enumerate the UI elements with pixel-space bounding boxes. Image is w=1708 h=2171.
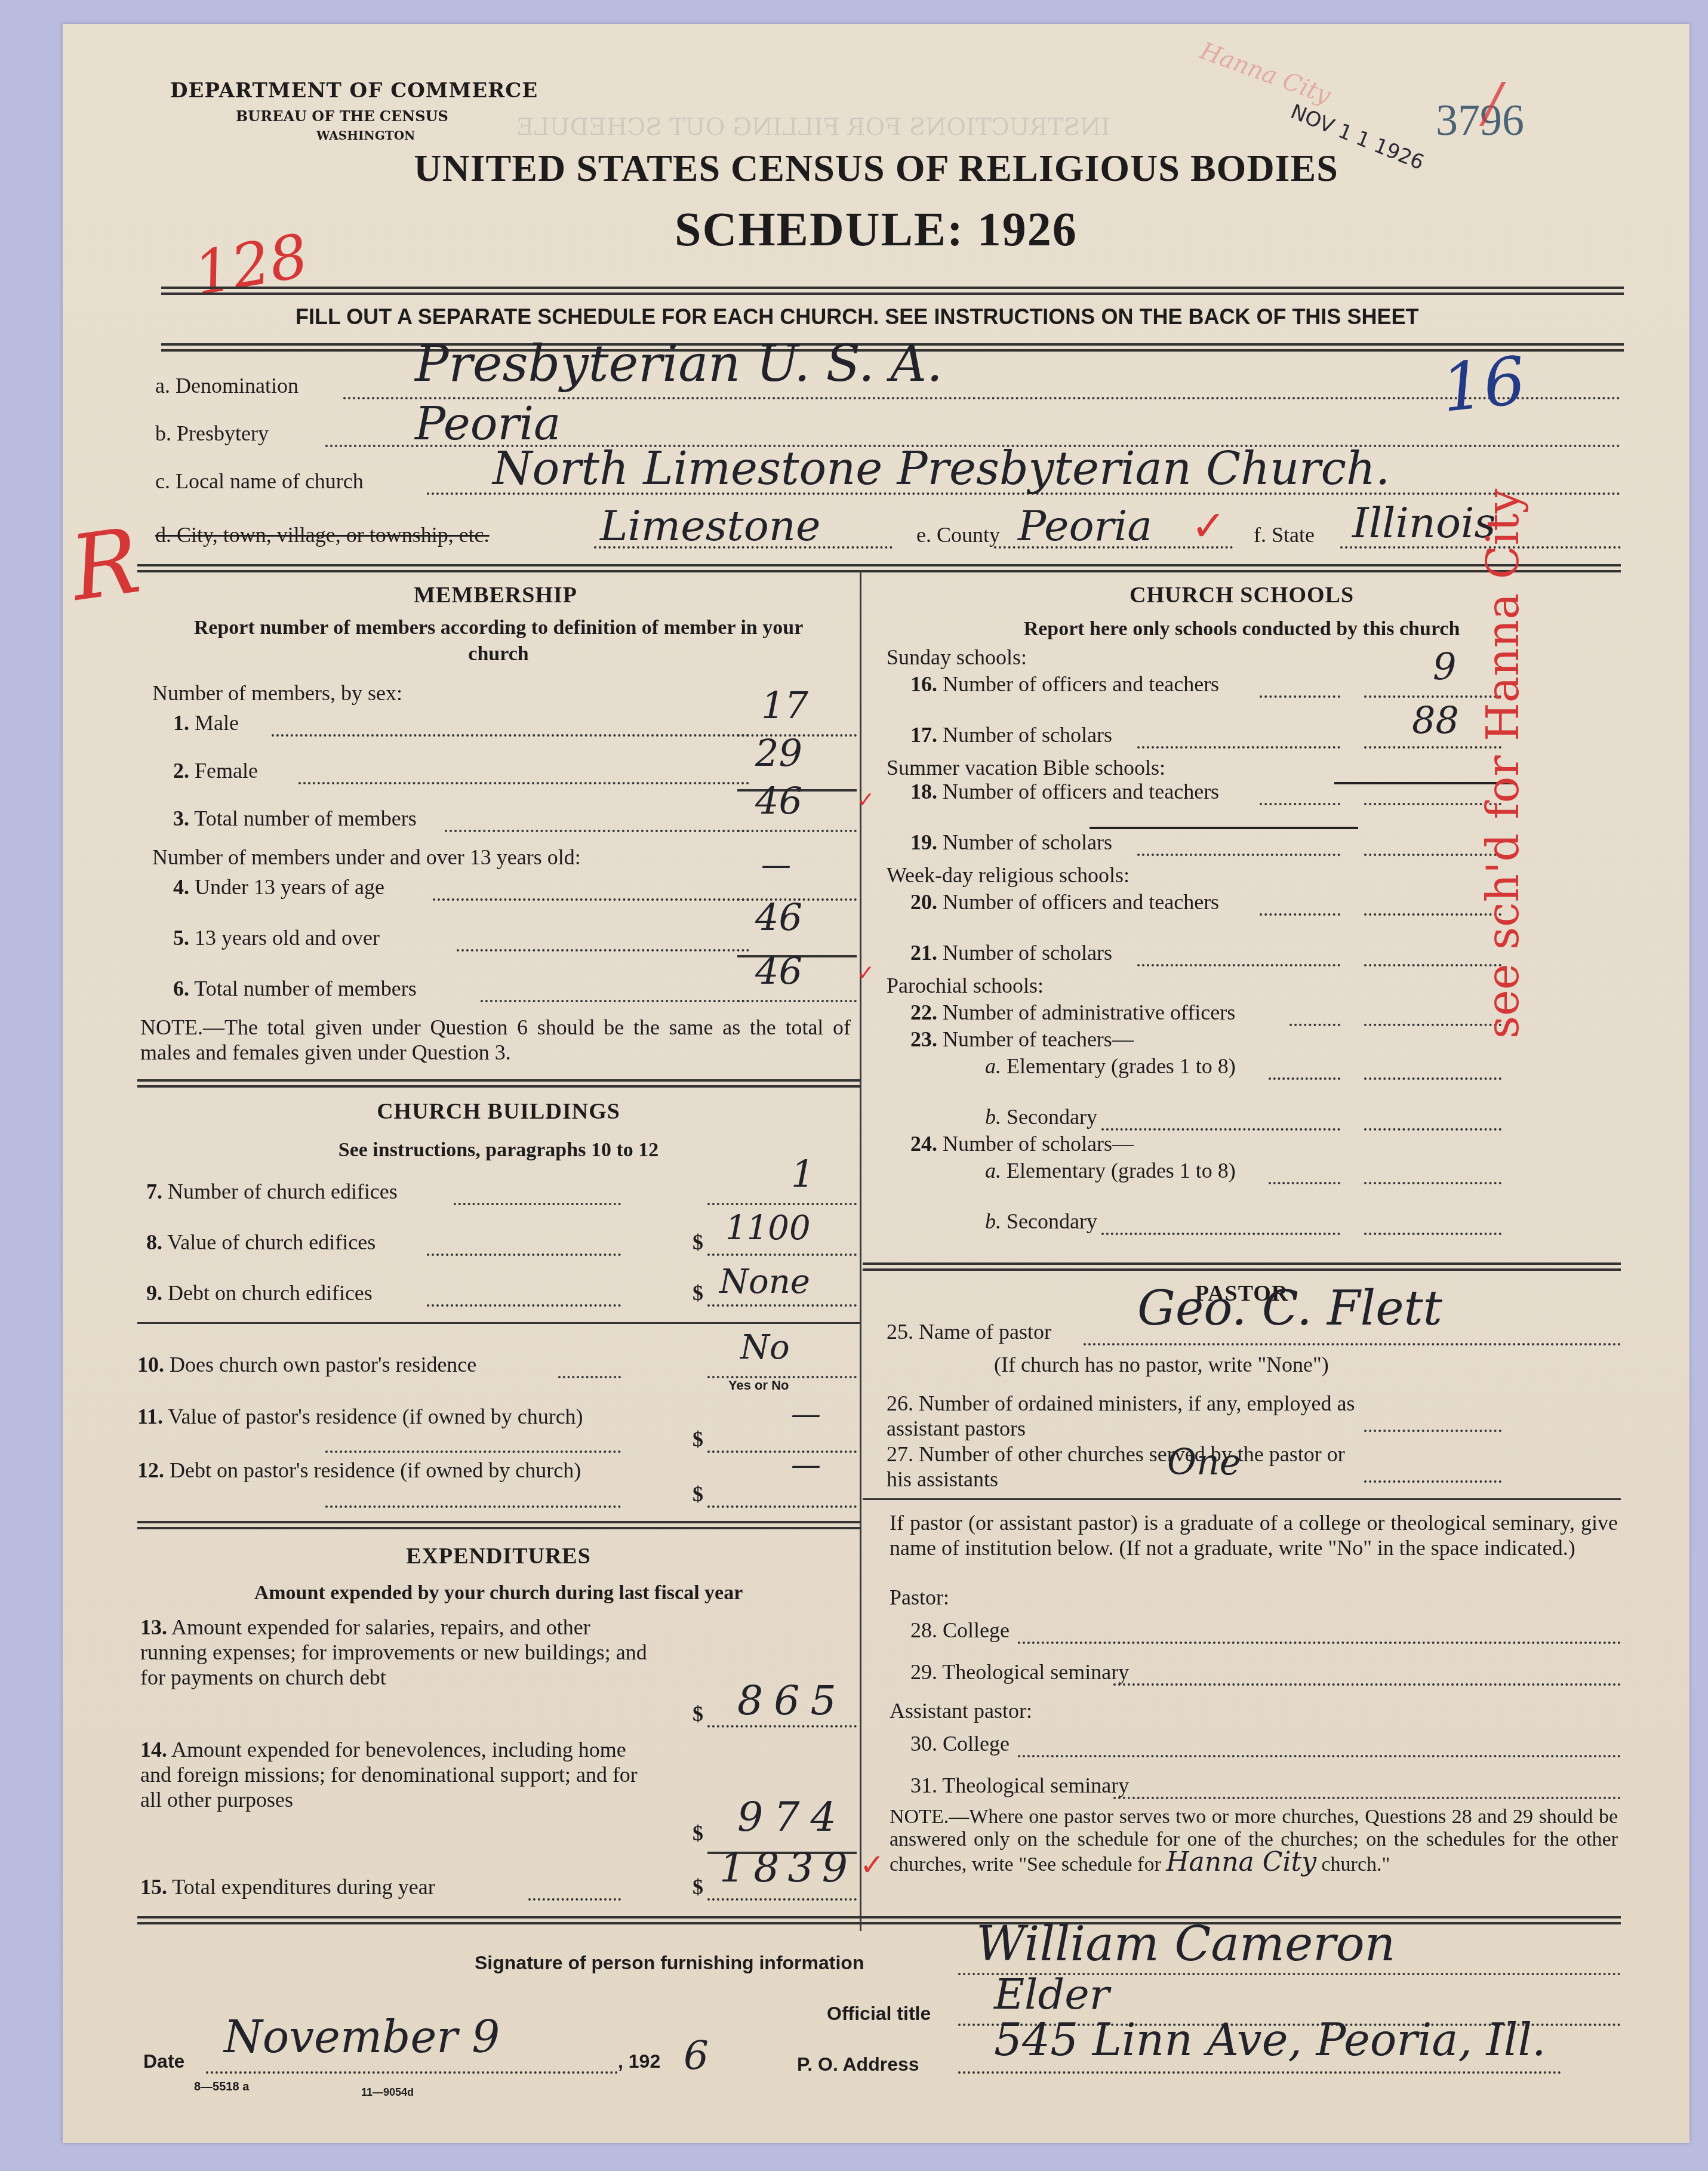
q21-leader [1137, 964, 1340, 966]
q12-dollar: $ [693, 1482, 703, 1507]
other-churches-field[interactable]: One [1167, 1442, 1241, 1483]
q30-label: 30. College [910, 1731, 1010, 1756]
date-line [206, 2071, 618, 2074]
bureau-label: BUREAU OF THE CENSUS [236, 107, 448, 125]
weekday-schools-label: Week-day religious schools: [887, 863, 1130, 888]
q12-label: 12. Debt on pastor's residence (if owned… [137, 1456, 651, 1484]
red-check-mark: ✓ [1191, 501, 1226, 550]
q31-label: 31. Theological seminary [910, 1773, 1129, 1798]
q8-label: 8. Value of church edifices [146, 1230, 376, 1255]
official-title-label: Official title [827, 2003, 931, 2025]
section-rule [137, 564, 1621, 572]
q15-leader [528, 1898, 621, 1901]
q15-label: 15. Total expenditures during year [140, 1874, 435, 1899]
sunday-schools-label: Sunday schools: [887, 645, 1027, 670]
q11-leader [325, 1451, 621, 1453]
church-buildings-heading: CHURCH BUILDINGS [137, 1098, 860, 1125]
q15-answer-line [707, 1898, 857, 1901]
elementary-scholars-field[interactable] [1364, 1182, 1501, 1184]
q19-leader [1137, 854, 1340, 856]
census-schedule-sheet: INSTRUCTIONS FOR FILLING OUT SCHEDULE DE… [63, 24, 1689, 2143]
form-code-2: 11—9054d [361, 2086, 414, 2099]
buildings-rule [137, 1521, 860, 1529]
margin-annotation: see sch'd for Hanna City [1478, 488, 1529, 1039]
see-schedule-field[interactable]: Hanna City [1166, 1847, 1316, 1877]
q14-label: 14. Amount expended for benevolences, in… [140, 1737, 654, 1812]
faint-red-note: Hanna City [1196, 37, 1334, 110]
q4-label: 4. Under 13 years of age [173, 874, 384, 900]
q18-leader [1260, 803, 1340, 805]
pastor-note: NOTE.—Where one pastor serves two or mor… [890, 1806, 1618, 1876]
membership-heading: MEMBERSHIP [137, 582, 854, 608]
by-sex-label: Number of members, by sex: [152, 680, 402, 706]
red-check-mark: ✓ [860, 1847, 885, 1882]
q17-leader [1137, 746, 1340, 749]
q26-label: 26. Number of ordained ministers, if any… [887, 1391, 1364, 1441]
q29-label: 29. Theological seminary [910, 1659, 1129, 1685]
department-label: DEPARTMENT OF COMMERCE [170, 79, 538, 103]
q9-dollar: $ [693, 1280, 703, 1305]
assistant-pastors-field[interactable] [1364, 1430, 1501, 1432]
summer-schools-label: Summer vacation Bible schools: [887, 755, 1165, 780]
pastor-seminary-field[interactable] [1113, 1683, 1621, 1686]
q11-answer-line [707, 1451, 857, 1453]
sunday-teachers-field[interactable]: 9 [1433, 645, 1456, 688]
male-count-field[interactable]: 17 [761, 683, 808, 727]
signature-field[interactable]: William Cameron [976, 1916, 1395, 1972]
edifices-value-field[interactable]: 1100 [725, 1209, 811, 1248]
q10-label: 10. Does church own pastor's residence [137, 1352, 476, 1377]
q22-leader [1290, 1024, 1340, 1026]
q16-leader [1260, 695, 1340, 698]
q8-dollar: $ [693, 1230, 703, 1255]
denomination-label: a. Denomination [155, 373, 298, 398]
q1-leader [272, 734, 749, 737]
church-buildings-subheading: See instructions, paragraphs 10 to 12 [137, 1139, 860, 1162]
q19-label: 19. Number of scholars [910, 830, 1112, 855]
parochial-schools-label: Parochial schools: [887, 973, 1044, 998]
q12-leader [325, 1505, 621, 1508]
q3-answer-line [737, 830, 857, 832]
q13-dollar: $ [693, 1701, 703, 1726]
q7-answer-line [707, 1203, 857, 1205]
q4-leader [433, 898, 749, 901]
official-title-field[interactable]: Elder [994, 1970, 1109, 2019]
residence-debt-field[interactable]: — [791, 1448, 821, 1482]
yes-or-no-hint: Yes or No [728, 1378, 789, 1393]
q24-label: 24. Number of scholars— [910, 1131, 1134, 1156]
q3-leader [445, 830, 749, 832]
total-expenditures-field[interactable]: 1839 [719, 1844, 856, 1892]
red-strike-mark: / [1484, 72, 1501, 134]
schedule-title: SCHEDULE: 1926 [63, 203, 1689, 257]
q23a-leader [1269, 1077, 1340, 1080]
instruction-banner: FILL OUT A SEPARATE SCHEDULE FOR EACH CH… [296, 304, 1418, 330]
year-field[interactable]: 6 [684, 2033, 709, 2078]
city-label: WASHINGTON [316, 128, 415, 143]
q9-label: 9. Debt on church edifices [146, 1280, 373, 1305]
q5-label: 5. 13 years old and over [173, 925, 380, 950]
elementary-teachers-field[interactable] [1364, 1077, 1501, 1080]
q21-label: 21. Number of scholars [910, 940, 1112, 965]
red-initial-R: R [64, 509, 146, 621]
q20-leader [1260, 913, 1340, 916]
edifices-debt-field[interactable]: None [719, 1262, 810, 1301]
secondary-teachers-field[interactable] [1364, 1128, 1501, 1131]
q3-label: 3. Total number of members [173, 806, 417, 831]
assistant-college-field[interactable] [1018, 1755, 1621, 1757]
q8-answer-line [707, 1254, 857, 1256]
q16-label: 16. Number of officers and teachers [910, 672, 1219, 697]
pastor-mid-rule [863, 1498, 1621, 1500]
column-divider [860, 570, 861, 1931]
q9-leader [427, 1304, 621, 1307]
q23b-leader [1101, 1128, 1340, 1131]
q6-answer-line [737, 1000, 857, 1002]
owns-residence-field[interactable]: No [740, 1328, 790, 1367]
schools-rule [863, 1262, 1621, 1271]
sunday-scholars-field[interactable]: 88 [1412, 698, 1459, 742]
pastor-name-hint: (If church has no pastor, write "None") [994, 1352, 1329, 1377]
local-name-field[interactable]: North Limestone Presbyterian Church. [493, 442, 1390, 495]
county-label: e. County [916, 522, 1000, 547]
total-members-field[interactable]: 46 [755, 779, 802, 823]
expenditures-subheading: Amount expended by your church during la… [137, 1582, 860, 1605]
age-label: Number of members under and over 13 year… [152, 845, 581, 870]
q14-dollar: $ [693, 1821, 703, 1846]
blue-tally-mark: 16 [1438, 342, 1529, 427]
state-field[interactable]: Illinois [1352, 498, 1495, 547]
q24a-label: a. Elementary (grades 1 to 8) [985, 1158, 1236, 1183]
po-address-line [958, 2071, 1561, 2074]
summer-scholars-dash [1090, 827, 1358, 829]
q2-label: 2. Female [173, 758, 258, 783]
expenditures-heading: EXPENDITURES [137, 1543, 860, 1569]
q2-leader [298, 782, 749, 784]
graduate-instructions: If pastor (or assistant pastor) is a gra… [890, 1510, 1618, 1560]
q24a-leader [1269, 1182, 1340, 1184]
membership-subheading: Report number of members according to de… [182, 615, 815, 667]
local-name-label: c. Local name of church [155, 469, 364, 494]
pastor-name-line [1084, 1343, 1621, 1345]
q13-label: 13. Amount expended for salaries, repair… [140, 1615, 654, 1690]
presbytery-label: b. Presbytery [155, 421, 269, 446]
po-address-field[interactable]: 545 Linn Ave, Peoria, Ill. [994, 2015, 1546, 2066]
buildings-mid-rule [137, 1322, 860, 1324]
assistant-seminary-field[interactable] [1113, 1797, 1621, 1799]
q24b-leader [1101, 1233, 1340, 1235]
pastor-name-label: 25. Name of pastor [887, 1319, 1051, 1344]
po-address-label: P. O. Address [797, 2053, 919, 2075]
denomination-field[interactable]: Presbyterian U. S. A. [415, 334, 943, 393]
q1-label: 1. Male [173, 710, 239, 735]
city-label: d. City, town, village, or township, etc… [155, 522, 490, 547]
q7-leader [454, 1203, 621, 1205]
serial-number-stamp: 3796 [1436, 96, 1524, 146]
q9-answer-line [707, 1304, 857, 1307]
date-label: Date [143, 2050, 184, 2073]
female-count-field[interactable]: 29 [755, 731, 802, 775]
q6-label: 6. Total number of members [173, 976, 417, 1001]
q27-answer-line [1364, 1480, 1501, 1483]
benevolences-field[interactable]: 974 [737, 1794, 847, 1841]
signature-label: Signature of person furnishing informati… [475, 1952, 864, 1974]
q8-leader [427, 1254, 621, 1256]
q15-dollar: $ [693, 1874, 703, 1899]
q11-dollar: $ [693, 1427, 703, 1452]
residence-value-field[interactable]: — [791, 1397, 821, 1431]
q27-label: 27. Number of other churches served by t… [887, 1442, 1364, 1492]
q23b-label: b. Secondary [985, 1104, 1097, 1129]
q12-answer-line [707, 1505, 857, 1508]
secondary-scholars-field[interactable] [1364, 1233, 1501, 1235]
pastor-subsection-label: Pastor: [890, 1585, 949, 1610]
year-prefix: , 192 [618, 2050, 660, 2073]
q23a-label: a. Elementary (grades 1 to 8) [985, 1054, 1236, 1079]
state-label: f. State [1254, 522, 1315, 547]
q24b-label: b. Secondary [985, 1209, 1097, 1234]
form-code-1: 8—5518 a [194, 2080, 249, 2094]
red-tick: ✓ [857, 788, 875, 812]
pastor-college-field[interactable] [1018, 1642, 1621, 1644]
membership-rule [137, 1079, 860, 1088]
footer-rule [137, 1916, 1621, 1924]
q18-label: 18. Number of officers and teachers [910, 779, 1219, 804]
total-members-q6-field[interactable]: 46 [755, 949, 802, 993]
q23-label: 23. Number of teachers— [910, 1027, 1134, 1052]
q5-leader [457, 949, 749, 951]
pastor-name-field[interactable]: Geo. C. Flett [1137, 1280, 1442, 1336]
q10-leader [558, 1376, 621, 1378]
q6-leader [481, 1000, 749, 1002]
red-tick: ✓ [857, 961, 875, 986]
under-13-field[interactable]: — [761, 848, 791, 882]
q13-answer-line [707, 1725, 857, 1727]
form-title: UNITED STATES CENSUS OF RELIGIOUS BODIES [63, 146, 1689, 190]
bleedthrough-heading: INSTRUCTIONS FOR FILLING OUT SCHEDULE [516, 113, 1110, 141]
q22-label: 22. Number of administrative officers [910, 1000, 1235, 1025]
county-field[interactable]: Peoria [1018, 501, 1152, 550]
q7-label: 7. Number of church edifices [146, 1179, 398, 1204]
q20-label: 20. Number of officers and teachers [910, 889, 1219, 914]
q11-label: 11. Value of pastor's residence (if owne… [137, 1403, 651, 1430]
city-field[interactable]: Limestone [600, 501, 820, 550]
over-13-field[interactable]: 46 [755, 895, 802, 939]
edifices-count-field[interactable]: 1 [791, 1152, 814, 1196]
q17-label: 17. Number of scholars [910, 722, 1112, 747]
membership-note: NOTE.—The total given under Question 6 s… [140, 1015, 851, 1065]
running-expenses-field[interactable]: 865 [737, 1677, 847, 1725]
date-field[interactable]: November 9 [224, 2012, 500, 2063]
q28-label: 28. College [910, 1618, 1010, 1643]
assistant-subsection-label: Assistant pastor: [890, 1698, 1032, 1723]
header-rule-top [161, 287, 1624, 295]
